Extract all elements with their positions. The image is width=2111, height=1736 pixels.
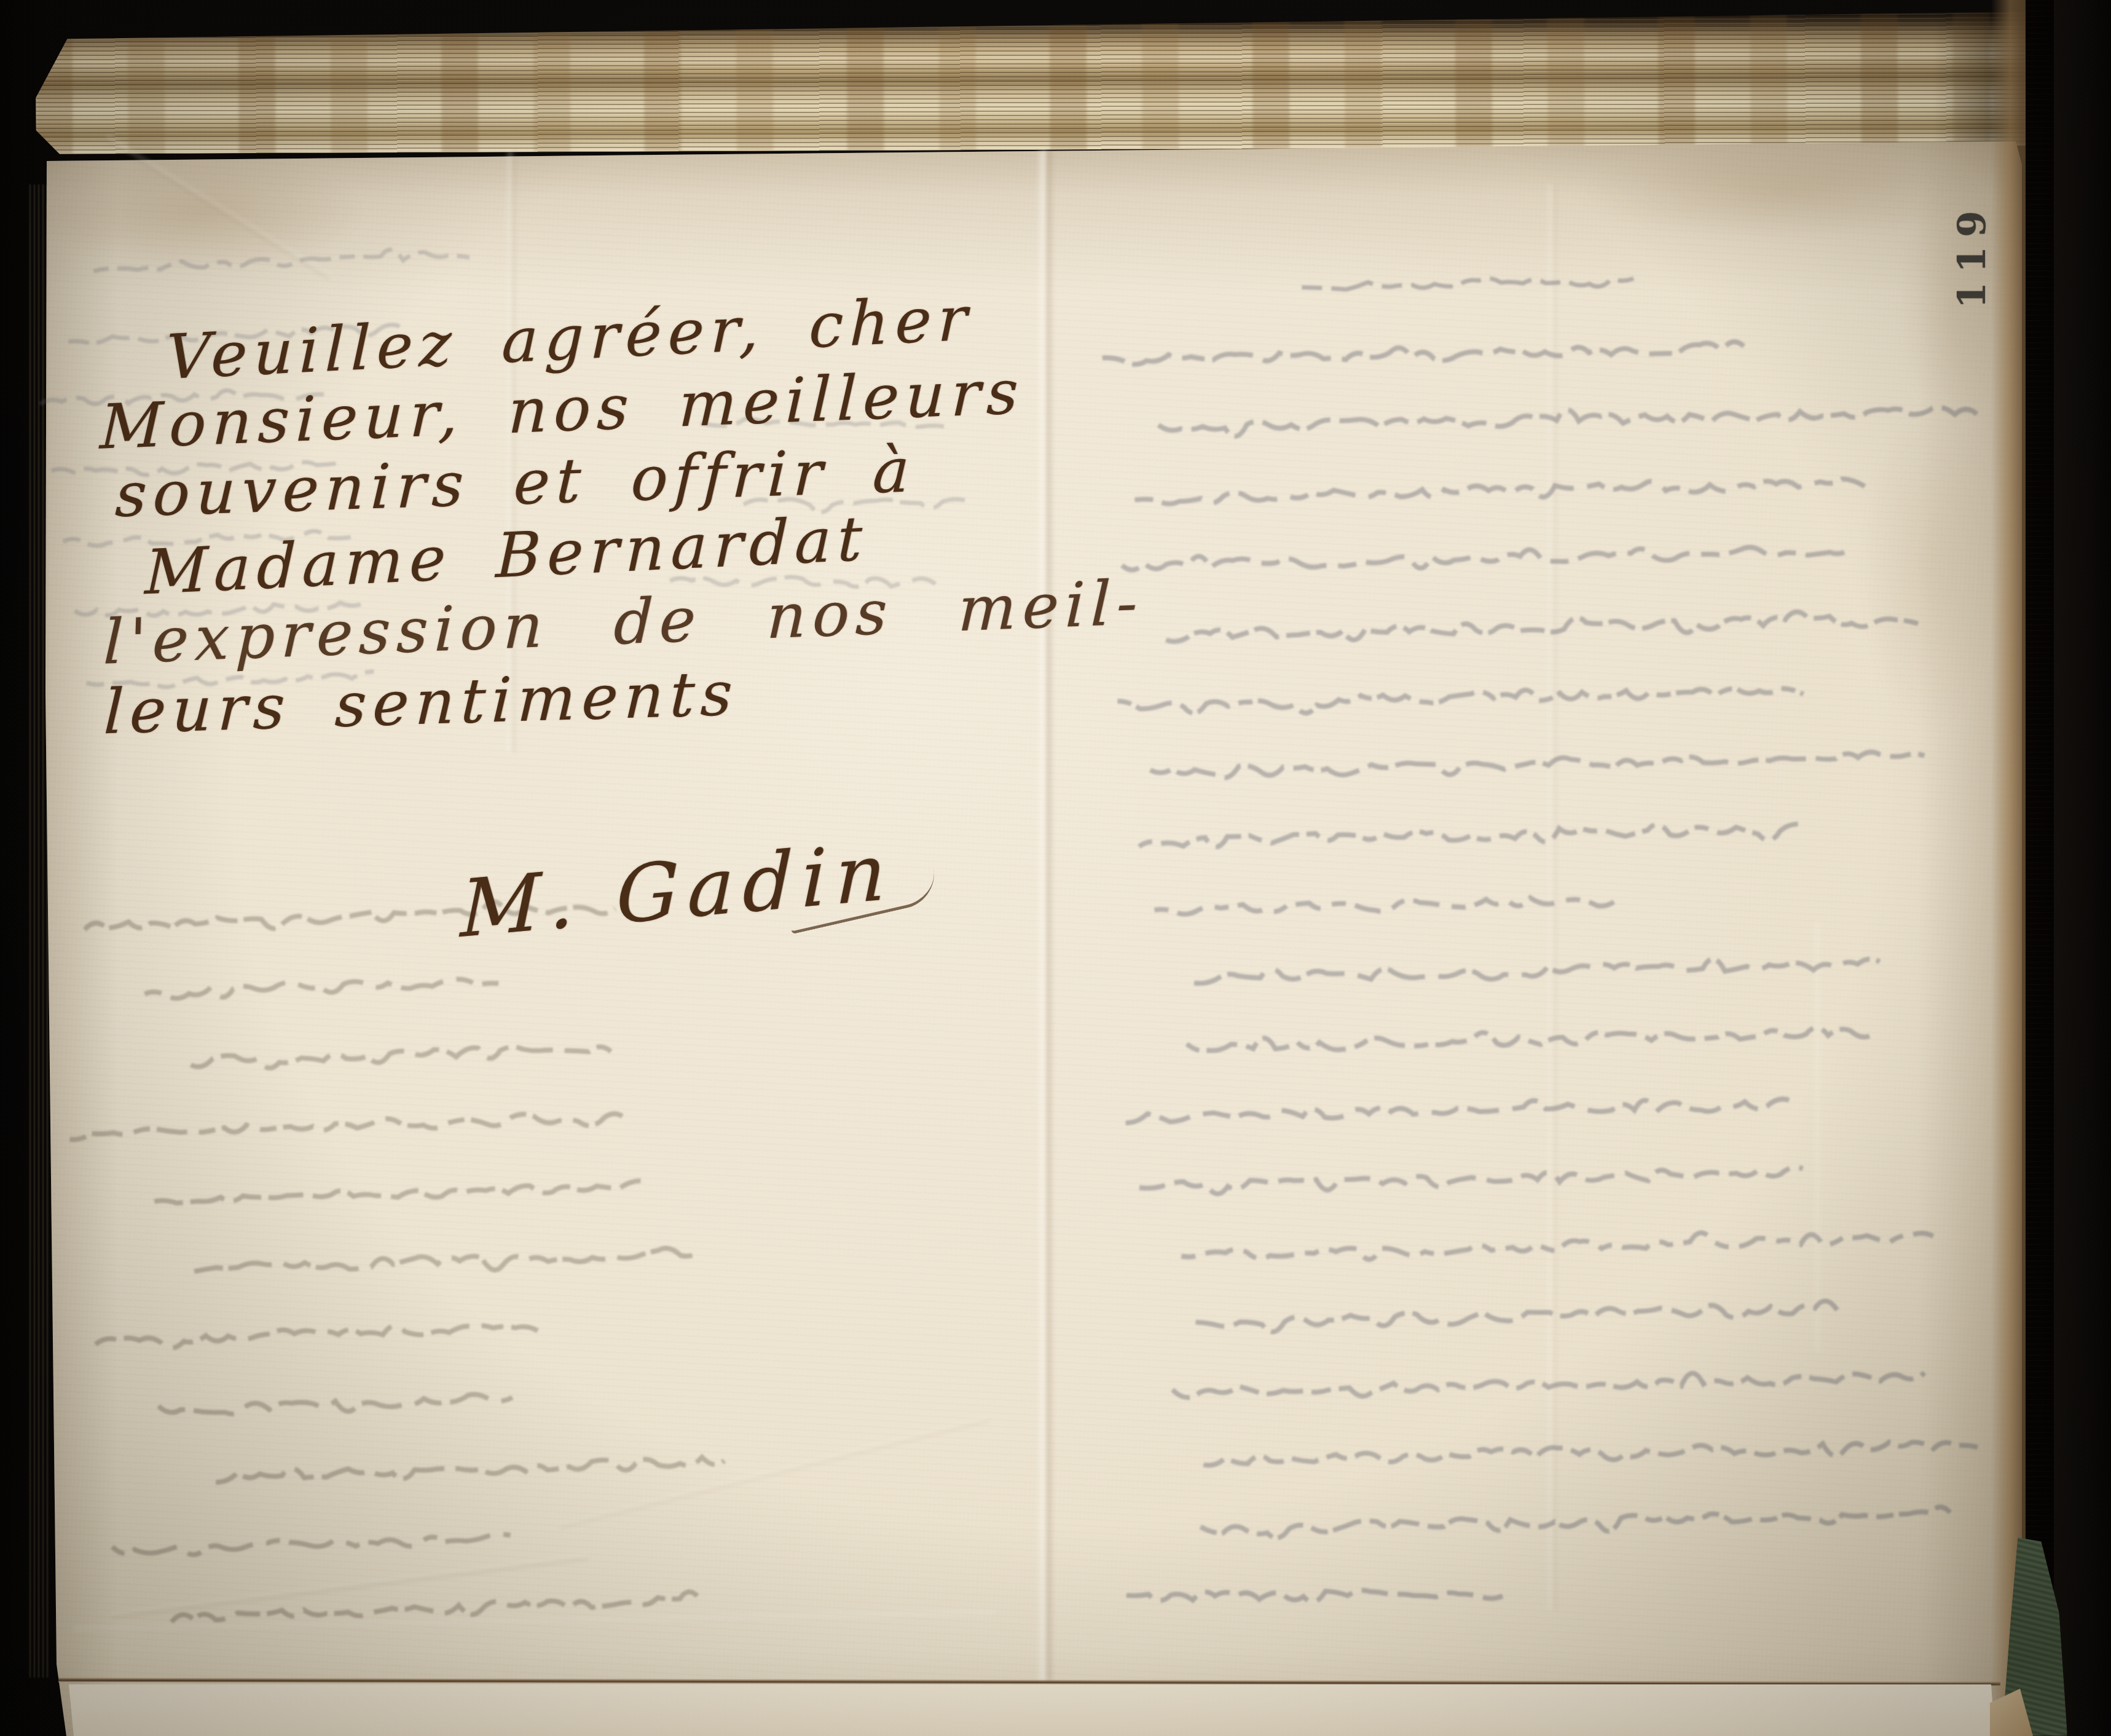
letter-text-block: Veuillez agréer, cher Monsieur, nos meil… <box>92 275 1192 795</box>
top-leaf-edges <box>36 12 2026 154</box>
next-page-below <box>61 1684 1999 1736</box>
paper-stain <box>43 154 363 270</box>
back-cover-board <box>2054 0 2111 1736</box>
cover-cloth-ribbed-edge <box>2026 0 2055 1736</box>
left-leaf-edges <box>29 184 48 1678</box>
paper-stain <box>1862 399 1997 731</box>
vertical-fold-crease <box>1546 184 1559 1610</box>
bound-copybook-photo: Veuillez agréer, cher Monsieur, nos meil… <box>0 0 2111 1736</box>
wrinkle-crease <box>1813 922 1822 1352</box>
page-number-stamp: 119 <box>1914 224 2029 286</box>
